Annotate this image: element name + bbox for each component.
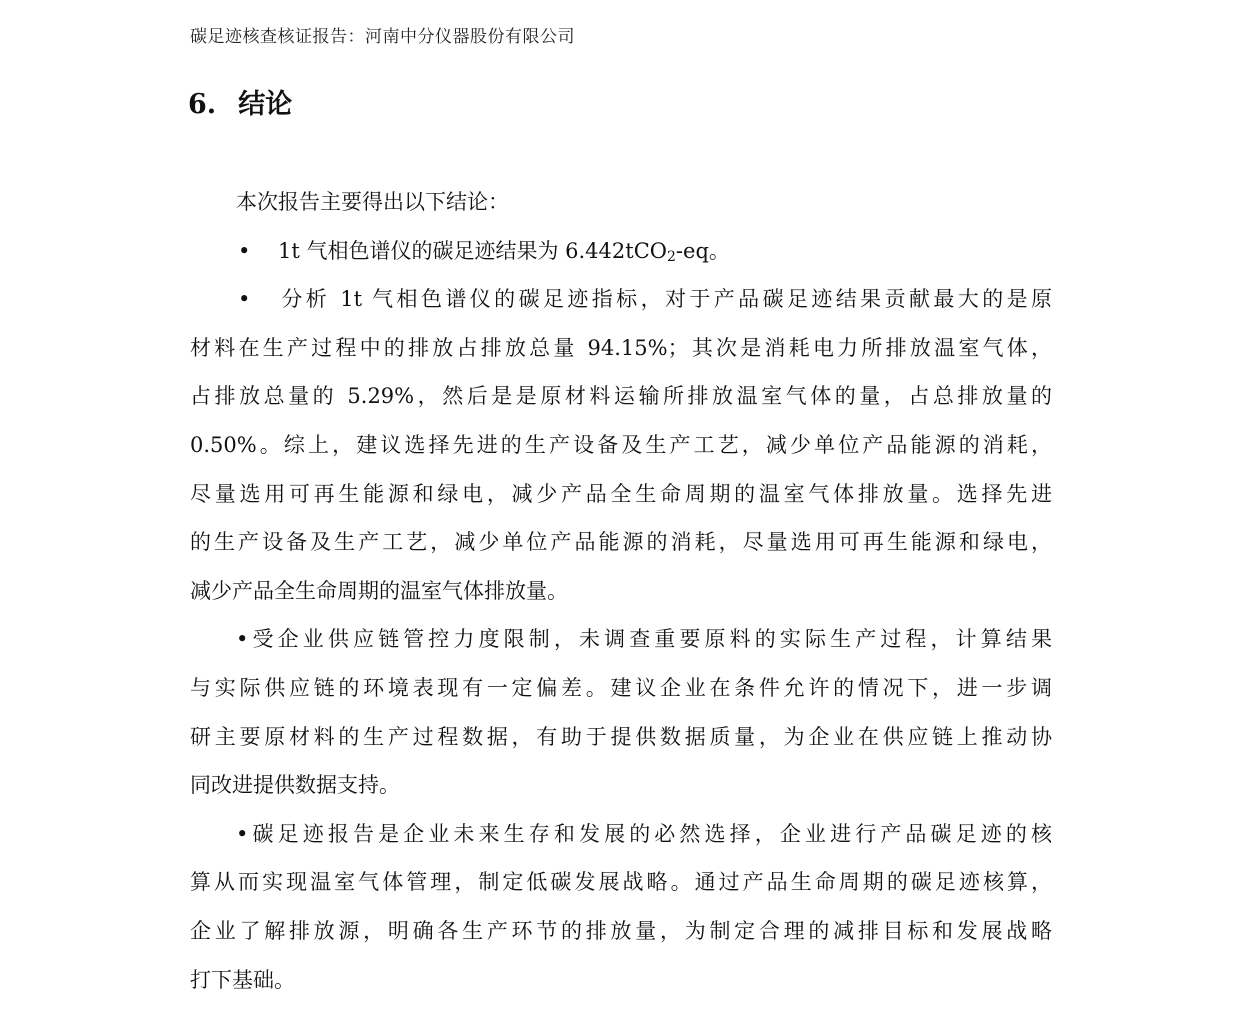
paragraph-line: 减少产品全生命周期的温室气体排放量。 bbox=[190, 567, 1052, 616]
paragraph-line: 同改进提供数据支持。 bbox=[190, 761, 1052, 810]
result-text-suffix: -eq。 bbox=[676, 239, 730, 263]
bullet-analysis: •分析 1t 气相色谱仪的碳足迹指标，对于产品碳足迹结果贡献最大的是原 材料在生… bbox=[190, 275, 1052, 615]
page-header: 碳足迹核查核证报告：河南中分仪器股份有限公司 bbox=[190, 22, 575, 47]
paragraph-line: •分析 1t 气相色谱仪的碳足迹指标，对于产品碳足迹结果贡献最大的是原 bbox=[190, 275, 1052, 324]
bullet-result: •1t 气相色谱仪的碳足迹结果为 6.442tCO2-eq。 bbox=[190, 227, 1052, 276]
section-title: 6.结论 bbox=[188, 82, 292, 121]
result-text: 1t 气相色谱仪的碳足迹结果为 6.442tCO bbox=[278, 239, 667, 263]
conclusion-body: 本次报告主要得出以下结论： •1t 气相色谱仪的碳足迹结果为 6.442tCO2… bbox=[190, 178, 1052, 1004]
bullet-supply-chain: •受企业供应链管控力度限制，未调查重要原料的实际生产过程，计算结果 与实际供应链… bbox=[190, 615, 1052, 809]
bullet-significance: •碳足迹报告是企业未来生存和发展的必然选择，企业进行产品碳足迹的核 算从而实现温… bbox=[190, 810, 1052, 1004]
bullet-marker: • bbox=[190, 227, 278, 276]
paragraph-line: 0.50%。综上，建议选择先进的生产设备及生产工艺，减少单位产品能源的消耗， bbox=[190, 421, 1052, 470]
paragraph-line: 研主要原材料的生产过程数据，有助于提供数据质量，为企业在供应链上推动协 bbox=[190, 713, 1052, 762]
paragraph-line: 算从而实现温室气体管理，制定低碳发展战略。通过产品生命周期的碳足迹核算， bbox=[190, 858, 1052, 907]
paragraph-line: 占排放总量的 5.29%，然后是是原材料运输所排放温室气体的量，占总排放量的 bbox=[190, 372, 1052, 421]
paragraph-line: 的生产设备及生产工艺，减少单位产品能源的消耗，尽量选用可再生能源和绿电， bbox=[190, 518, 1052, 567]
paragraph-line: 与实际供应链的环境表现有一定偏差。建议企业在条件允许的情况下，进一步调 bbox=[190, 664, 1052, 713]
paragraph-line: 企业了解排放源，明确各生产环节的排放量，为制定合理的减排目标和发展战略 bbox=[190, 907, 1052, 956]
paragraph-line: 尽量选用可再生能源和绿电，减少产品全生命周期的温室气体排放量。选择先进 bbox=[190, 470, 1052, 519]
section-title-text: 结论 bbox=[238, 89, 292, 120]
subscript: 2 bbox=[667, 249, 676, 265]
intro-paragraph: 本次报告主要得出以下结论： bbox=[190, 178, 1052, 227]
section-number: 6. bbox=[188, 89, 216, 120]
paragraph-line: •受企业供应链管控力度限制，未调查重要原料的实际生产过程，计算结果 bbox=[190, 615, 1052, 664]
paragraph-line: •碳足迹报告是企业未来生存和发展的必然选择，企业进行产品碳足迹的核 bbox=[190, 810, 1052, 859]
paragraph-line: 材料在生产过程中的排放占排放总量 94.15%；其次是消耗电力所排放温室气体， bbox=[190, 324, 1052, 373]
paragraph-line: 打下基础。 bbox=[190, 956, 1052, 1005]
bullet-marker: • bbox=[190, 275, 278, 324]
